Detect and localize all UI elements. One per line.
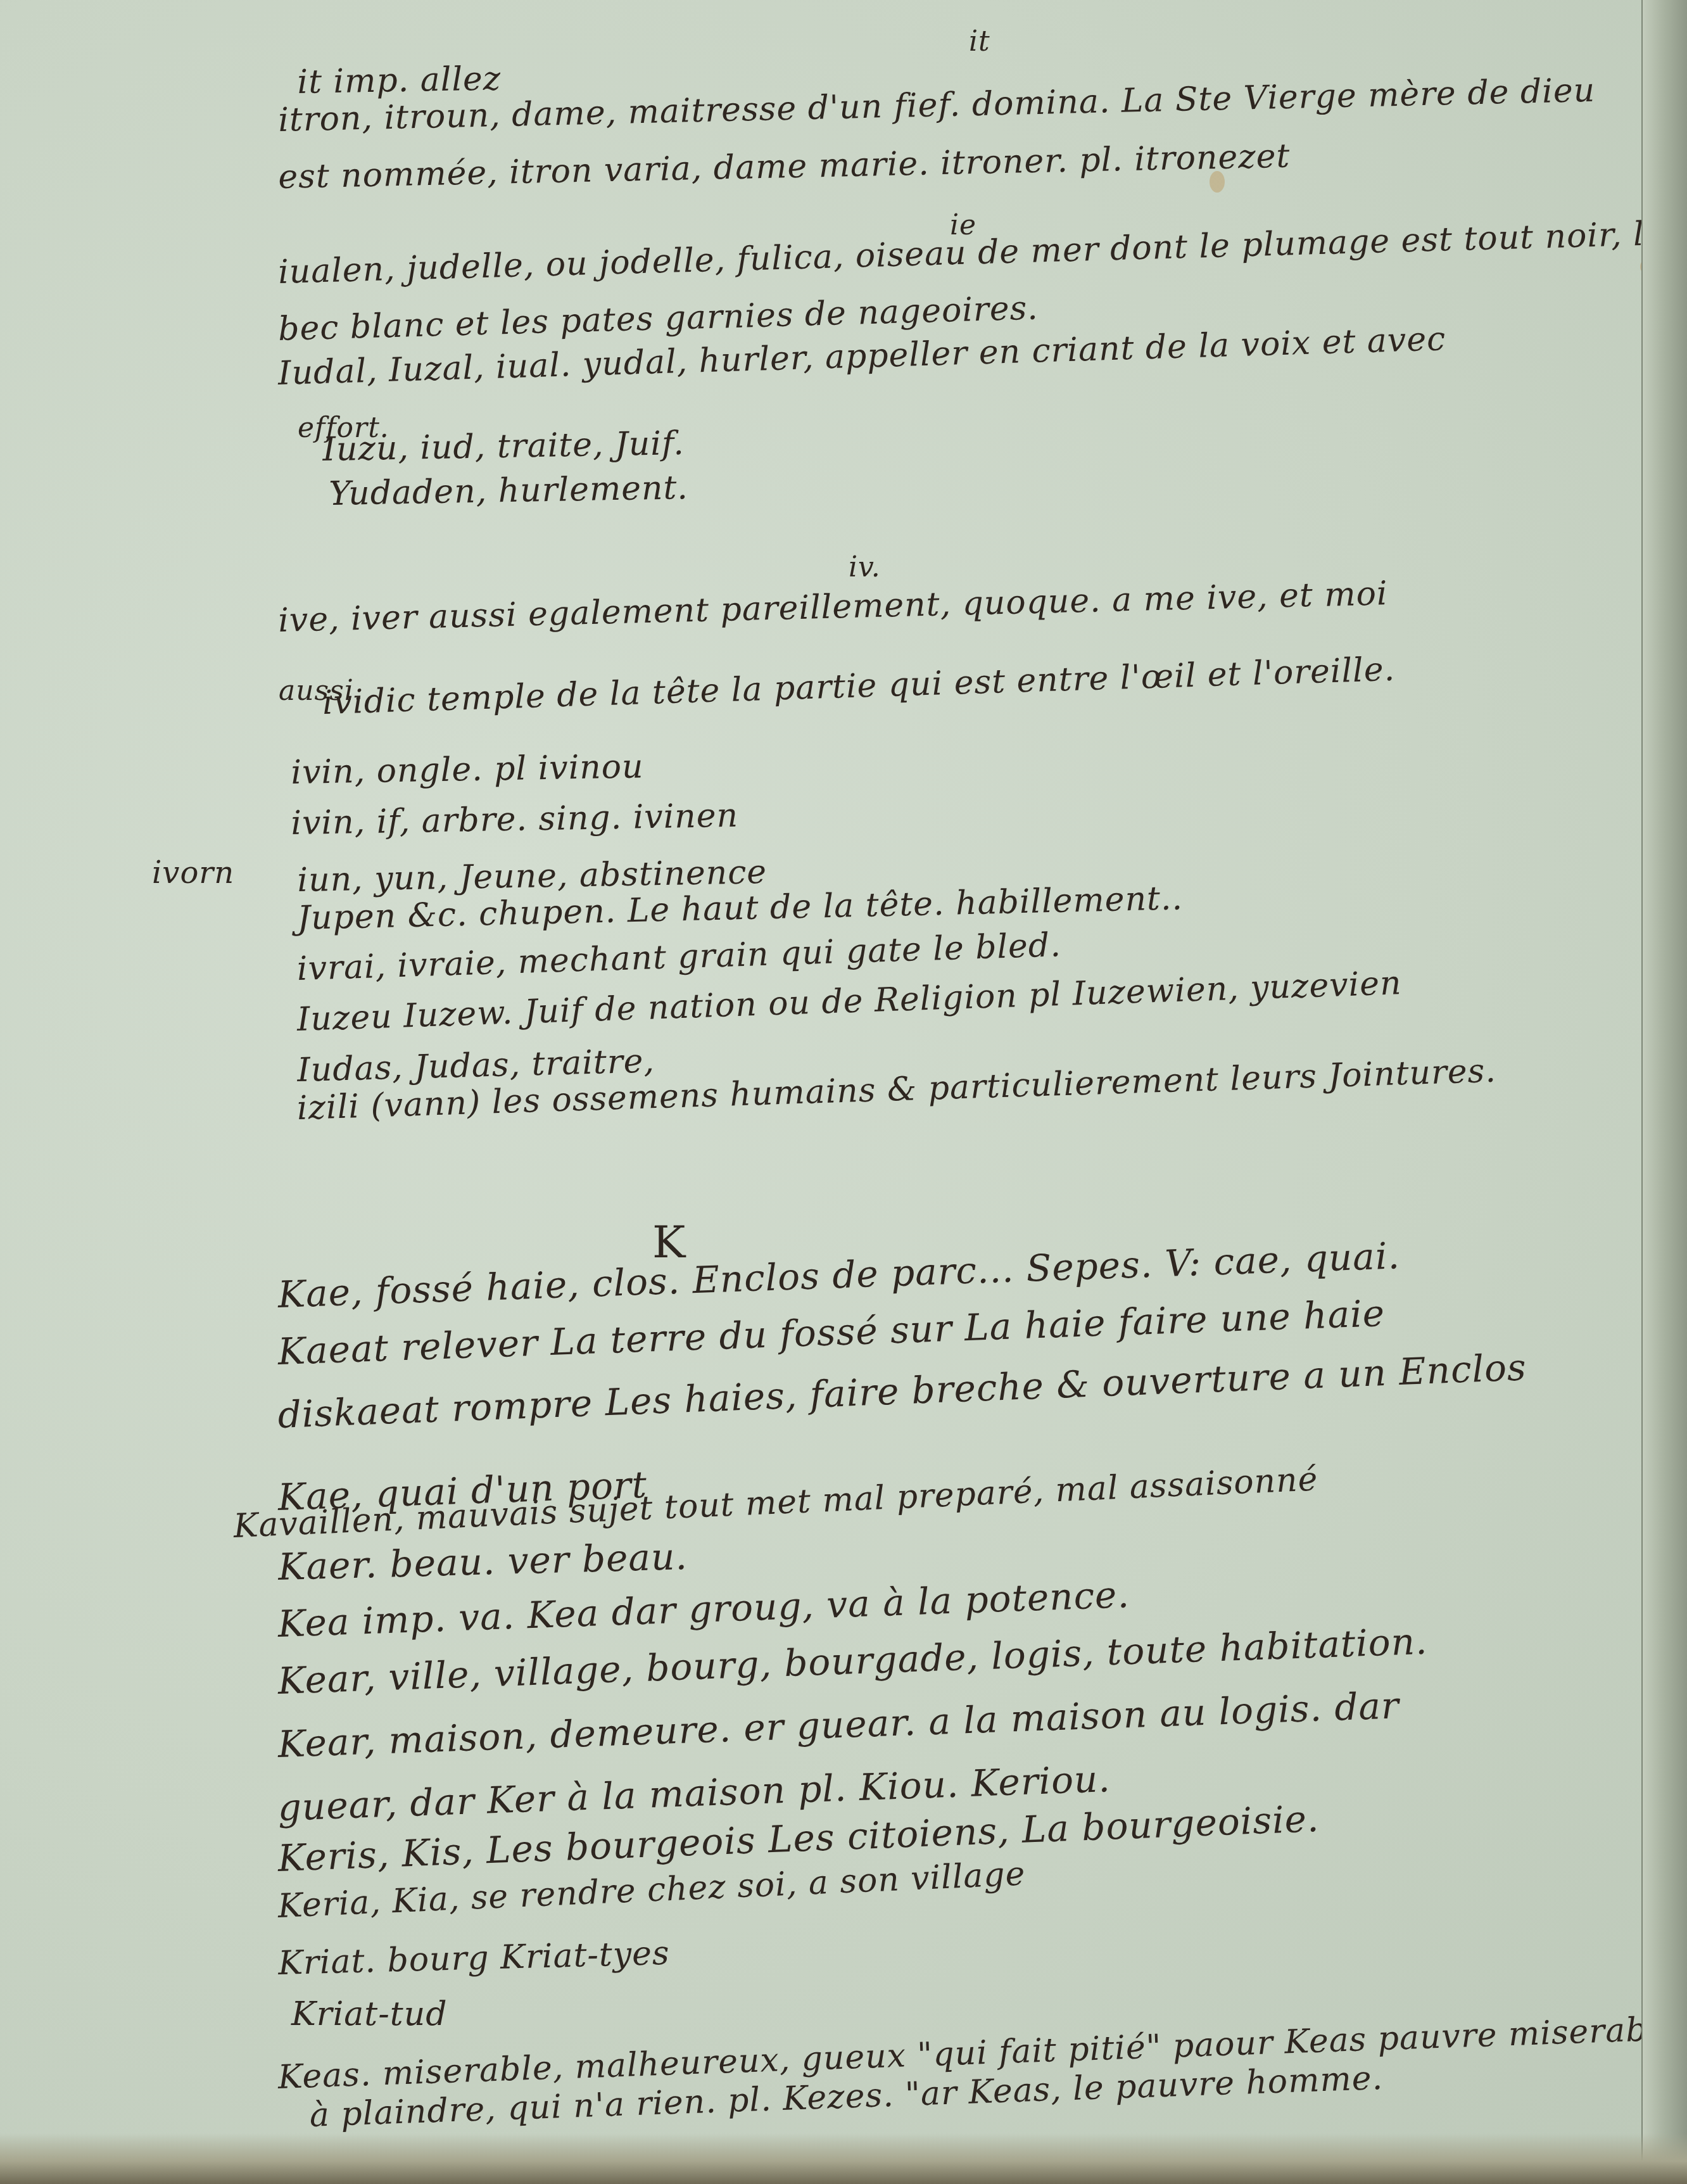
entry-ividic: ividic temple de la tête la partie qui e… (322, 651, 1396, 722)
margin-note-ivorn: ivorn (152, 855, 234, 891)
entry-iuzu: Iuzu, iud, traite, Juif. (322, 424, 685, 469)
entry-kriat-tud: Kriat-tud (291, 1995, 447, 2033)
entry-iudaden: Yudaden, hurlement. (329, 469, 688, 513)
page-spine-edge (1641, 0, 1687, 2184)
entry-kaer: Kaer. beau. ver beau. (277, 1535, 688, 1589)
manuscript-page: it it imp. allez itron, itroun, dame, ma… (0, 0, 1687, 2184)
superscript-it: it (969, 25, 990, 58)
entry-ivin-2: ivin, if, arbre. sing. ivinen (291, 797, 739, 842)
entry-it: it imp. allez (297, 60, 502, 101)
page-bottom-edge (0, 2133, 1687, 2184)
entry-kriat: Kriat. bourg Kriat-tyes (277, 1934, 670, 1983)
entry-ivin-1: ivin, ongle. pl ivinou (291, 747, 644, 792)
entry-ive-1: ive, iver aussi egalement pareillement, … (278, 575, 1389, 640)
entry-itron-2: est nommée, itron varia, dame marie. itr… (278, 137, 1291, 196)
superscript-iv: iv. (849, 551, 881, 583)
